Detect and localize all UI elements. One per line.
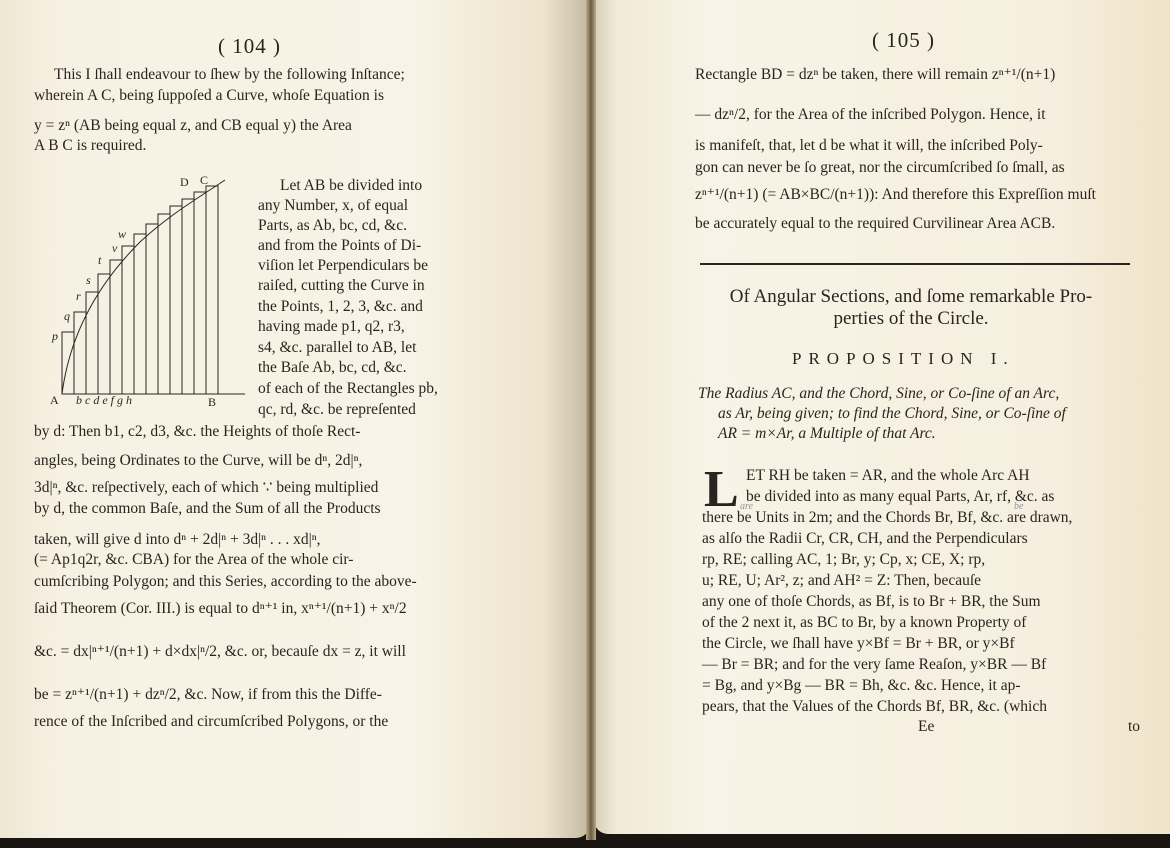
- text-line: &c. = dx|ⁿ⁺¹/(n+1) + d×dx|ⁿ/2, &c. or, b…: [34, 643, 406, 662]
- text-line: cumſcribing Polygon; and this Series, ac…: [34, 573, 417, 592]
- text-line: having made p1, q2, r3,: [258, 318, 405, 337]
- text-line: and from the Points of Di-: [258, 237, 421, 256]
- svg-text:A: A: [50, 393, 59, 407]
- text-line: s4, &c. parallel to AB, let: [258, 339, 416, 358]
- text-line: as Ar, being given; to find the Chord, S…: [718, 405, 1066, 424]
- text-line: (= Ap1q2r, &c. CBA) for the Area of the …: [34, 551, 353, 570]
- pencil-annotation: be: [1014, 501, 1023, 512]
- svg-text:p: p: [51, 329, 58, 343]
- svg-text:b c d e f g h: b c d e f g h: [76, 393, 132, 407]
- text-line: Rectangle BD = dzⁿ be taken, there will …: [695, 66, 1055, 85]
- text-line: zⁿ⁺¹/(n+1) (= AB×BC/(n+1)): And therefor…: [695, 186, 1096, 205]
- pencil-annotation: are: [740, 501, 753, 512]
- text-line: This I ſhall endeavour to ſhew by the fo…: [54, 66, 470, 85]
- catchword: to: [1128, 718, 1140, 737]
- text-line: rence of the Inſcribed and circumſcribed…: [34, 713, 388, 732]
- page-number-right: ( 105 ): [872, 28, 935, 53]
- section-divider-rule: [700, 263, 1130, 265]
- text-line: wherein A C, being ſuppoſed a Curve, who…: [34, 87, 470, 106]
- page-number-left: ( 104 ): [218, 34, 281, 59]
- text-line: viſion let Perpendiculars be: [258, 257, 428, 276]
- text-line: the Circle, we ſhall have y×Bf = Br + BR…: [702, 635, 1015, 654]
- section-title: Of Angular Sections, and ſome remarkable…: [696, 286, 1126, 330]
- text-line: be = zⁿ⁺¹/(n+1) + dzⁿ/2, &c. Now, if fro…: [34, 686, 382, 705]
- rectangle-curve-figure: D C w v t s r q p A b c d e f g h B: [40, 172, 250, 407]
- svg-text:C: C: [200, 173, 208, 187]
- text-line: = Bg, and y×Bg — BR = Bh, &c. &c. Hence,…: [702, 677, 1021, 696]
- svg-text:t: t: [98, 253, 102, 267]
- text-line: by d, the common Baſe, and the Sum of al…: [34, 500, 381, 519]
- svg-text:s: s: [86, 273, 91, 287]
- text-line: ET RH be taken = AR, and the whole Arc A…: [746, 467, 1030, 486]
- proposition-heading: PROPOSITION I.: [792, 349, 1015, 369]
- text-line: The Radius AC, and the Chord, Sine, or C…: [698, 385, 1059, 404]
- text-line: ſaid Theorem (Cor. III.) is equal to dⁿ⁺…: [34, 600, 407, 619]
- text-line: of each of the Rectangles pb,: [258, 380, 438, 399]
- svg-text:B: B: [208, 395, 216, 407]
- signature-mark: Ee: [918, 718, 934, 737]
- text-line: qc, rd, &c. be repreſented: [258, 401, 416, 420]
- text-line: — Br = BR; and for the very ſame Reaſon,…: [702, 656, 1046, 675]
- section-title-line: Of Angular Sections, and ſome remarkable…: [696, 286, 1126, 308]
- book-spread: ( 104 ) This I ſhall endeavour to ſhew b…: [0, 0, 1170, 848]
- text-line: be accurately equal to the required Curv…: [695, 215, 1055, 234]
- svg-text:D: D: [180, 175, 189, 189]
- svg-text:v: v: [112, 241, 118, 255]
- text-line: gon can never be ſo great, nor the circu…: [695, 159, 1065, 178]
- text-line: pears, that the Values of the Chords Bf,…: [702, 698, 1047, 717]
- text-line: as alſo the Radii Cr, CR, CH, and the Pe…: [702, 530, 1028, 549]
- text-line: taken, will give d into dⁿ + 2d|ⁿ + 3d|ⁿ…: [34, 531, 321, 550]
- text-line: the Baſe Ab, bc, cd, &c.: [258, 359, 407, 378]
- text-line: the Points, 1, 2, 3, &c. and: [258, 298, 423, 317]
- text-line: — dzⁿ/2, for the Area of the inſcribed P…: [695, 106, 1046, 125]
- text-line: be divided into as many equal Parts, Ar,…: [746, 488, 1054, 507]
- book-gutter: [586, 0, 596, 840]
- text-line: Parts, as Ab, bc, cd, &c.: [258, 217, 407, 236]
- svg-text:q: q: [64, 309, 70, 323]
- text-line: A B C is required.: [34, 137, 146, 156]
- svg-text:r: r: [76, 289, 81, 303]
- text-line: any one of thoſe Chords, as Bf, is to Br…: [702, 593, 1041, 612]
- text-line: u; RE, U; Ar², z; and AH² = Z: Then, bec…: [702, 572, 981, 591]
- text-line: is manifeſt, that, let d be what it will…: [695, 137, 1043, 156]
- section-title-line: perties of the Circle.: [696, 308, 1126, 330]
- text-line: raiſed, cutting the Curve in: [258, 277, 425, 296]
- text-line: y = zⁿ (AB being equal z, and CB equal y…: [34, 117, 470, 136]
- text-line: of the 2 next it, as BC to Br, by a know…: [702, 614, 1026, 633]
- text-line: rp, RE; calling AC, 1; Br, y; Cp, x; CE,…: [702, 551, 985, 570]
- text-line: AR = m×Ar, a Multiple of that Arc.: [718, 425, 936, 444]
- text-line: any Number, x, of equal: [258, 197, 408, 216]
- svg-text:w: w: [118, 227, 126, 241]
- text-line: angles, being Ordinates to the Curve, wi…: [34, 452, 362, 471]
- text-line: by d: Then b1, c2, d3, &c. the Heights o…: [34, 423, 360, 442]
- text-line: Let AB be divided into: [280, 177, 474, 196]
- text-line: 3d|ⁿ, &c. reſpectively, each of which ∵ …: [34, 479, 378, 498]
